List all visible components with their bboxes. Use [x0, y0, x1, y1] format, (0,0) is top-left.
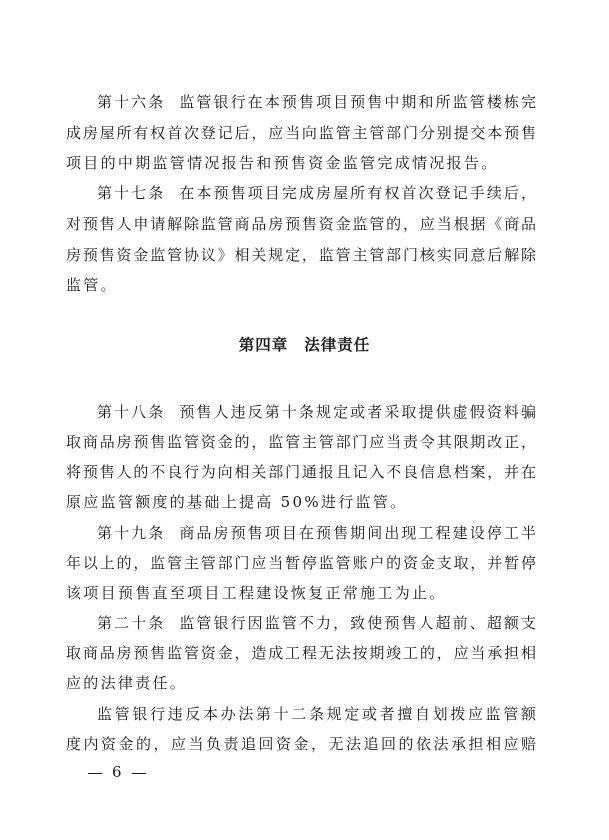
article-text: 在本预售项目完成房屋所有权首次登记手续后， [179, 184, 536, 202]
dash-right [132, 773, 146, 774]
article-text: 商品房预售项目在预售期间出现工程建设停工半 [179, 524, 536, 542]
article-17-line-1: 第十七条在本预售项目完成房屋所有权首次登记手续后， [97, 178, 536, 208]
article-16-line-2: 成房屋所有权首次登记后，应当向监管主管部门分别提交本预售 [66, 118, 536, 148]
article-17-line-2: 对预售人申请解除监管商品房预售资金监管的，应当根据《商品 [66, 209, 536, 239]
article-20-line-1: 第二十条监管银行因监管不力，致使预售人超前、超额支 [97, 608, 536, 638]
continuation-line-1: 监管银行违反本办法第十二条规定或者擅自划拨应监管额 [97, 699, 536, 729]
article-19-line-2: 年以上的，监管主管部门应当暂停监管账户的资金支取，并暂停 [66, 548, 536, 578]
article-16-line-1: 第十六条监管银行在本预售项目预售中期和所监管楼栋完 [97, 87, 536, 117]
chapter-number: 第四章 [239, 336, 289, 354]
article-18-line-2: 取商品房预售监管资金的，监管主管部门应当责令其限期改正， [66, 427, 536, 457]
article-number: 第十七条 [97, 184, 165, 202]
article-19-line-3: 该项目预售直至项目工程建设恢复正常施工为止。 [66, 578, 536, 608]
article-number: 第十九条 [97, 524, 165, 542]
article-16-line-3: 项目的中期监管情况报告和预售资金监管完成情况报告。 [66, 148, 536, 178]
page-number: 6 [112, 760, 122, 784]
article-text: 监管银行因监管不力，致使预售人超前、超额支 [179, 614, 536, 632]
document-page: 第十六条监管银行在本预售项目预售中期和所监管楼栋完 成房屋所有权首次登记后，应当… [0, 0, 609, 840]
article-20-line-2: 取商品房预售监管资金，造成工程无法按期竣工的，应当承担相 [66, 638, 536, 668]
continuation-line-2: 度内资金的，应当负责追回资金，无法追回的依法承担相应赔 [66, 729, 536, 759]
article-17-line-3: 房预售资金监管协议》相关规定，监管主管部门核实同意后解除 [66, 240, 536, 270]
article-18-line-3: 将预售人的不良行为向相关部门通报且记入不良信息档案，并在 [66, 457, 536, 487]
article-17-line-4: 监管。 [66, 270, 536, 300]
article-text: 监管银行在本预售项目预售中期和所监管楼栋完 [179, 93, 536, 111]
page-footer: 6 [88, 760, 146, 784]
chapter-heading: 第四章法律责任 [0, 330, 609, 360]
article-number: 第二十条 [97, 614, 165, 632]
article-number: 第十六条 [97, 93, 165, 111]
article-number: 第十八条 [97, 403, 165, 421]
chapter-title: 法律责任 [304, 336, 370, 354]
article-20-line-3: 应的法律责任。 [66, 668, 536, 698]
article-19-line-1: 第十九条商品房预售项目在预售期间出现工程建设停工半 [97, 518, 536, 548]
article-18-line-4: 原应监管额度的基础上提高 50%进行监管。 [66, 487, 536, 517]
article-text: 预售人违反第十条规定或者采取提供虚假资料骗 [179, 403, 536, 421]
dash-left [88, 773, 102, 774]
article-18-line-1: 第十八条预售人违反第十条规定或者采取提供虚假资料骗 [97, 397, 536, 427]
